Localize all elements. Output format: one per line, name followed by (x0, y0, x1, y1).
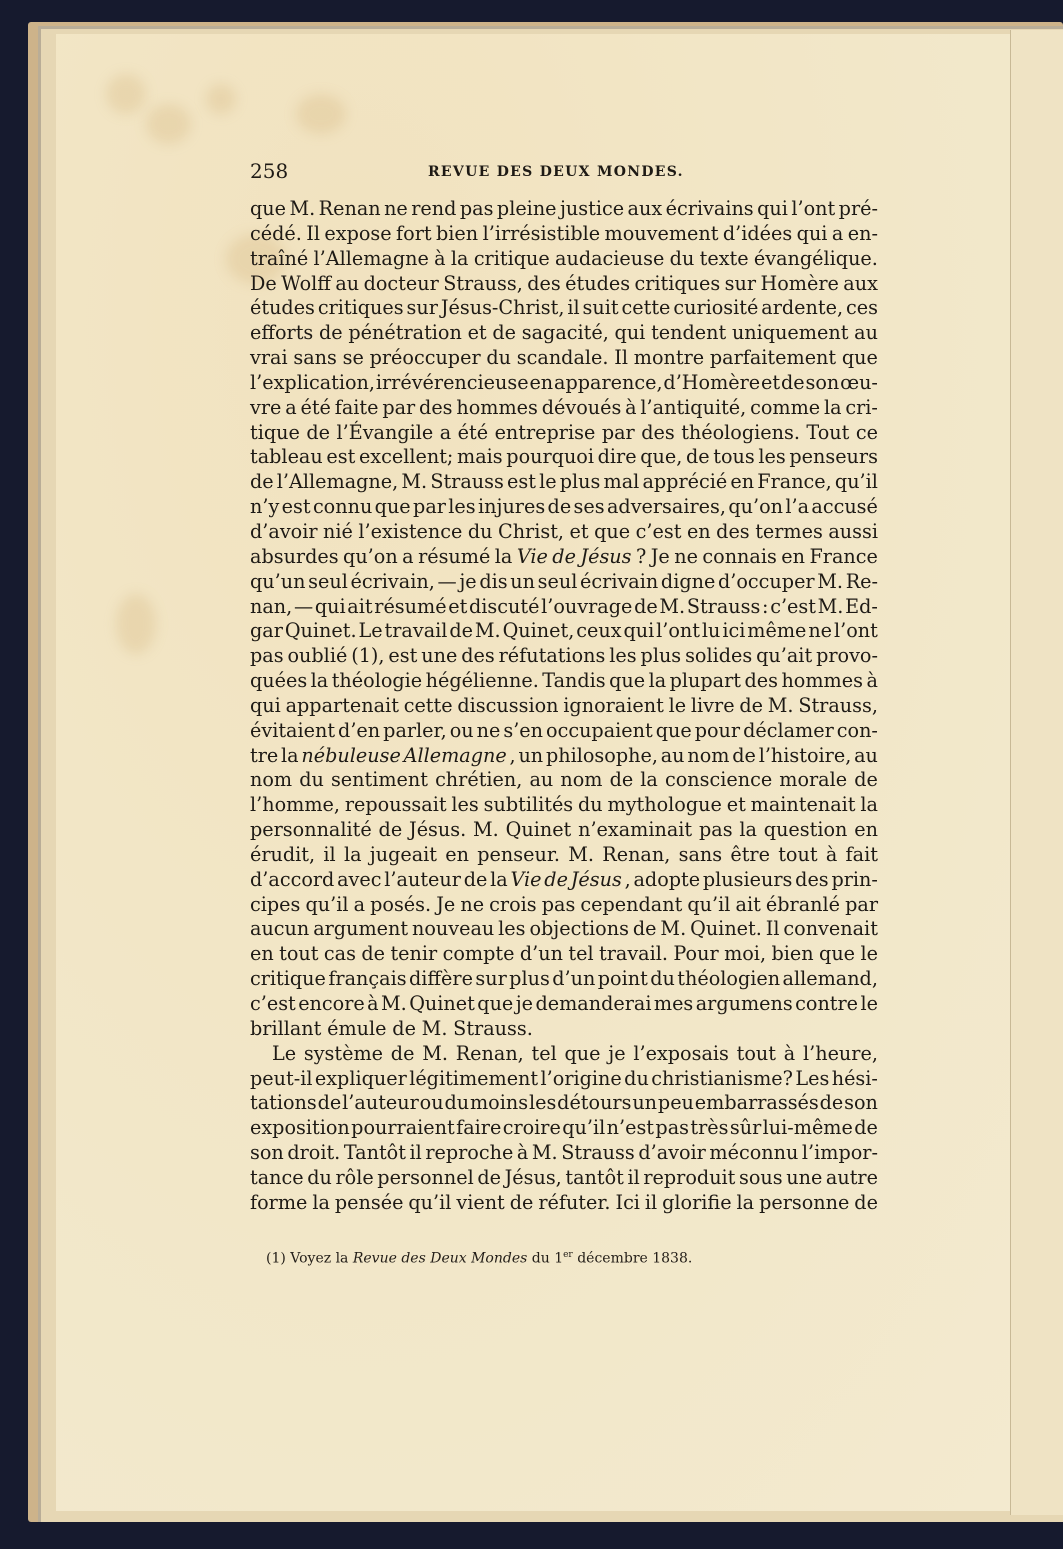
text-line: effortsdepénétrationetdesagacité,quitend… (250, 321, 878, 346)
page-content: 258 REVUE DES DEUX MONDES. queM.Renanner… (250, 155, 878, 1216)
text-line: vraisanssepréoccuperduscandale.Ilmontrep… (250, 346, 878, 371)
text-line: l’explication,irrévérencieuseenapparence… (250, 371, 878, 396)
text-line: n’yestconnuqueparlesinjuresdesesadversai… (250, 495, 878, 520)
text-line: c’estencoreàM.Quinetquejedemanderaimesar… (250, 992, 878, 1017)
text-line: érudit,illajugeaitenpenseur.M.Renan,sans… (250, 843, 878, 868)
text-line: tableauestexcellent;maispourquoidireque,… (250, 445, 878, 470)
text-line: qu’unseulécrivain,—jedisunseulécrivaindi… (250, 570, 878, 595)
text-line: formelapenséequ’ilvientderéfuter.Iciilgl… (250, 1191, 878, 1216)
footnote: (1) Voyez la Revue des Deux Mondes du 1e… (266, 1250, 692, 1267)
text-line: cipesqu’ilaposés.Jenecroispascependantqu… (250, 893, 878, 918)
text-line: tancedurôlepersonneldeJésus,tantôtilrepr… (250, 1166, 878, 1191)
text-line: l’homme,repoussaitlessubtilitésdumytholo… (250, 793, 878, 818)
text-line: tiquedel’Évangileaétéentreprisepardesthé… (250, 421, 878, 446)
facing-page-fold (1010, 30, 1063, 1515)
text-line: critiquefrançaisdiffèresurplusd’unpointd… (250, 967, 878, 992)
text-line: sondroit.TantôtilreprocheàM.Straussd’avo… (250, 1141, 878, 1166)
text-line: tationsdel’auteuroudumoinslesdétoursunpe… (250, 1091, 878, 1116)
footnote-sup: er (563, 1250, 573, 1260)
text-line: évitaientd’enparler,ounes’enoccupaientqu… (250, 719, 878, 744)
footnote-journal: Revue des Deux Mondes (353, 1251, 527, 1267)
running-head: 258 REVUE DES DEUX MONDES. (250, 155, 878, 189)
text-line: traînél’Allemagneàlacritiqueaudacieusedu… (250, 247, 878, 272)
text-line: entoutcasdetenircompted’unteltravail.Pou… (250, 942, 878, 967)
text-line: nomdusentimentchrétien,aunomdelaconscien… (250, 768, 878, 793)
text-line: quiappartenaitcettediscussionignoraientl… (250, 694, 878, 719)
text-line: del’Allemagne,M.Straussestleplusmalappré… (250, 470, 878, 495)
page-number: 258 (250, 159, 288, 183)
text-line: expositionpourraientfairecroirequ’iln’es… (250, 1116, 878, 1141)
text-line: aucunargumentnouveaulesobjectionsdeM.Qui… (250, 917, 878, 942)
text-line: vreaétéfaitepardeshommesdévouésàl’antiqu… (250, 396, 878, 421)
text-line: d’accordavecl’auteurdelaViedeJésus,adopt… (250, 868, 878, 893)
text-line: quéeslathéologiehégélienne.Tandisquelapl… (250, 669, 878, 694)
text-line: queM.Renannerendpaspleinejusticeauxécriv… (250, 197, 878, 222)
footnote-marker: (1) (266, 1251, 286, 1267)
text-line: absurdesqu’onarésumélaViedeJésus?Jenecon… (250, 545, 878, 570)
footnote-date: décembre 1838. (577, 1251, 692, 1267)
text-line: nan,—quiaitrésuméetdiscutél’ouvragedeM.S… (250, 595, 878, 620)
text-line: trelanébuleuseAllemagne,unphilosophe,aun… (250, 744, 878, 769)
journal-title: REVUE DES DEUX MONDES. (428, 164, 684, 180)
footnote-day: du 1 (532, 1251, 563, 1267)
footnote-text: Voyez la (290, 1251, 348, 1267)
text-line: LesystèmedeM.Renan,telquejel’exposaistou… (250, 1042, 878, 1067)
text-line: peut-ilexpliquerlégitimementl’origineduc… (250, 1067, 878, 1092)
text-line: personnalitédeJésus.M.Quinetn’examinaitp… (250, 818, 878, 843)
body-text: queM.Renannerendpaspleinejusticeauxécriv… (250, 197, 878, 1216)
text-line: brillantémuledeM.Strauss. (250, 1017, 878, 1042)
text-line: pasoublié(1),estunedesréfutationslesplus… (250, 644, 878, 669)
text-line: étudescritiquessurJésus-Christ,ilsuitcet… (250, 296, 878, 321)
text-line: DeWolffaudocteurStrauss,desétudescritiqu… (250, 272, 878, 297)
text-line: garQuinet.LetravaildeM.Quinet,ceuxquil’o… (250, 619, 878, 644)
text-line: cédé.Ilexposefortbienl’irrésistiblemouve… (250, 222, 878, 247)
text-line: d’avoirniél’existenceduChrist,etquec’est… (250, 520, 878, 545)
